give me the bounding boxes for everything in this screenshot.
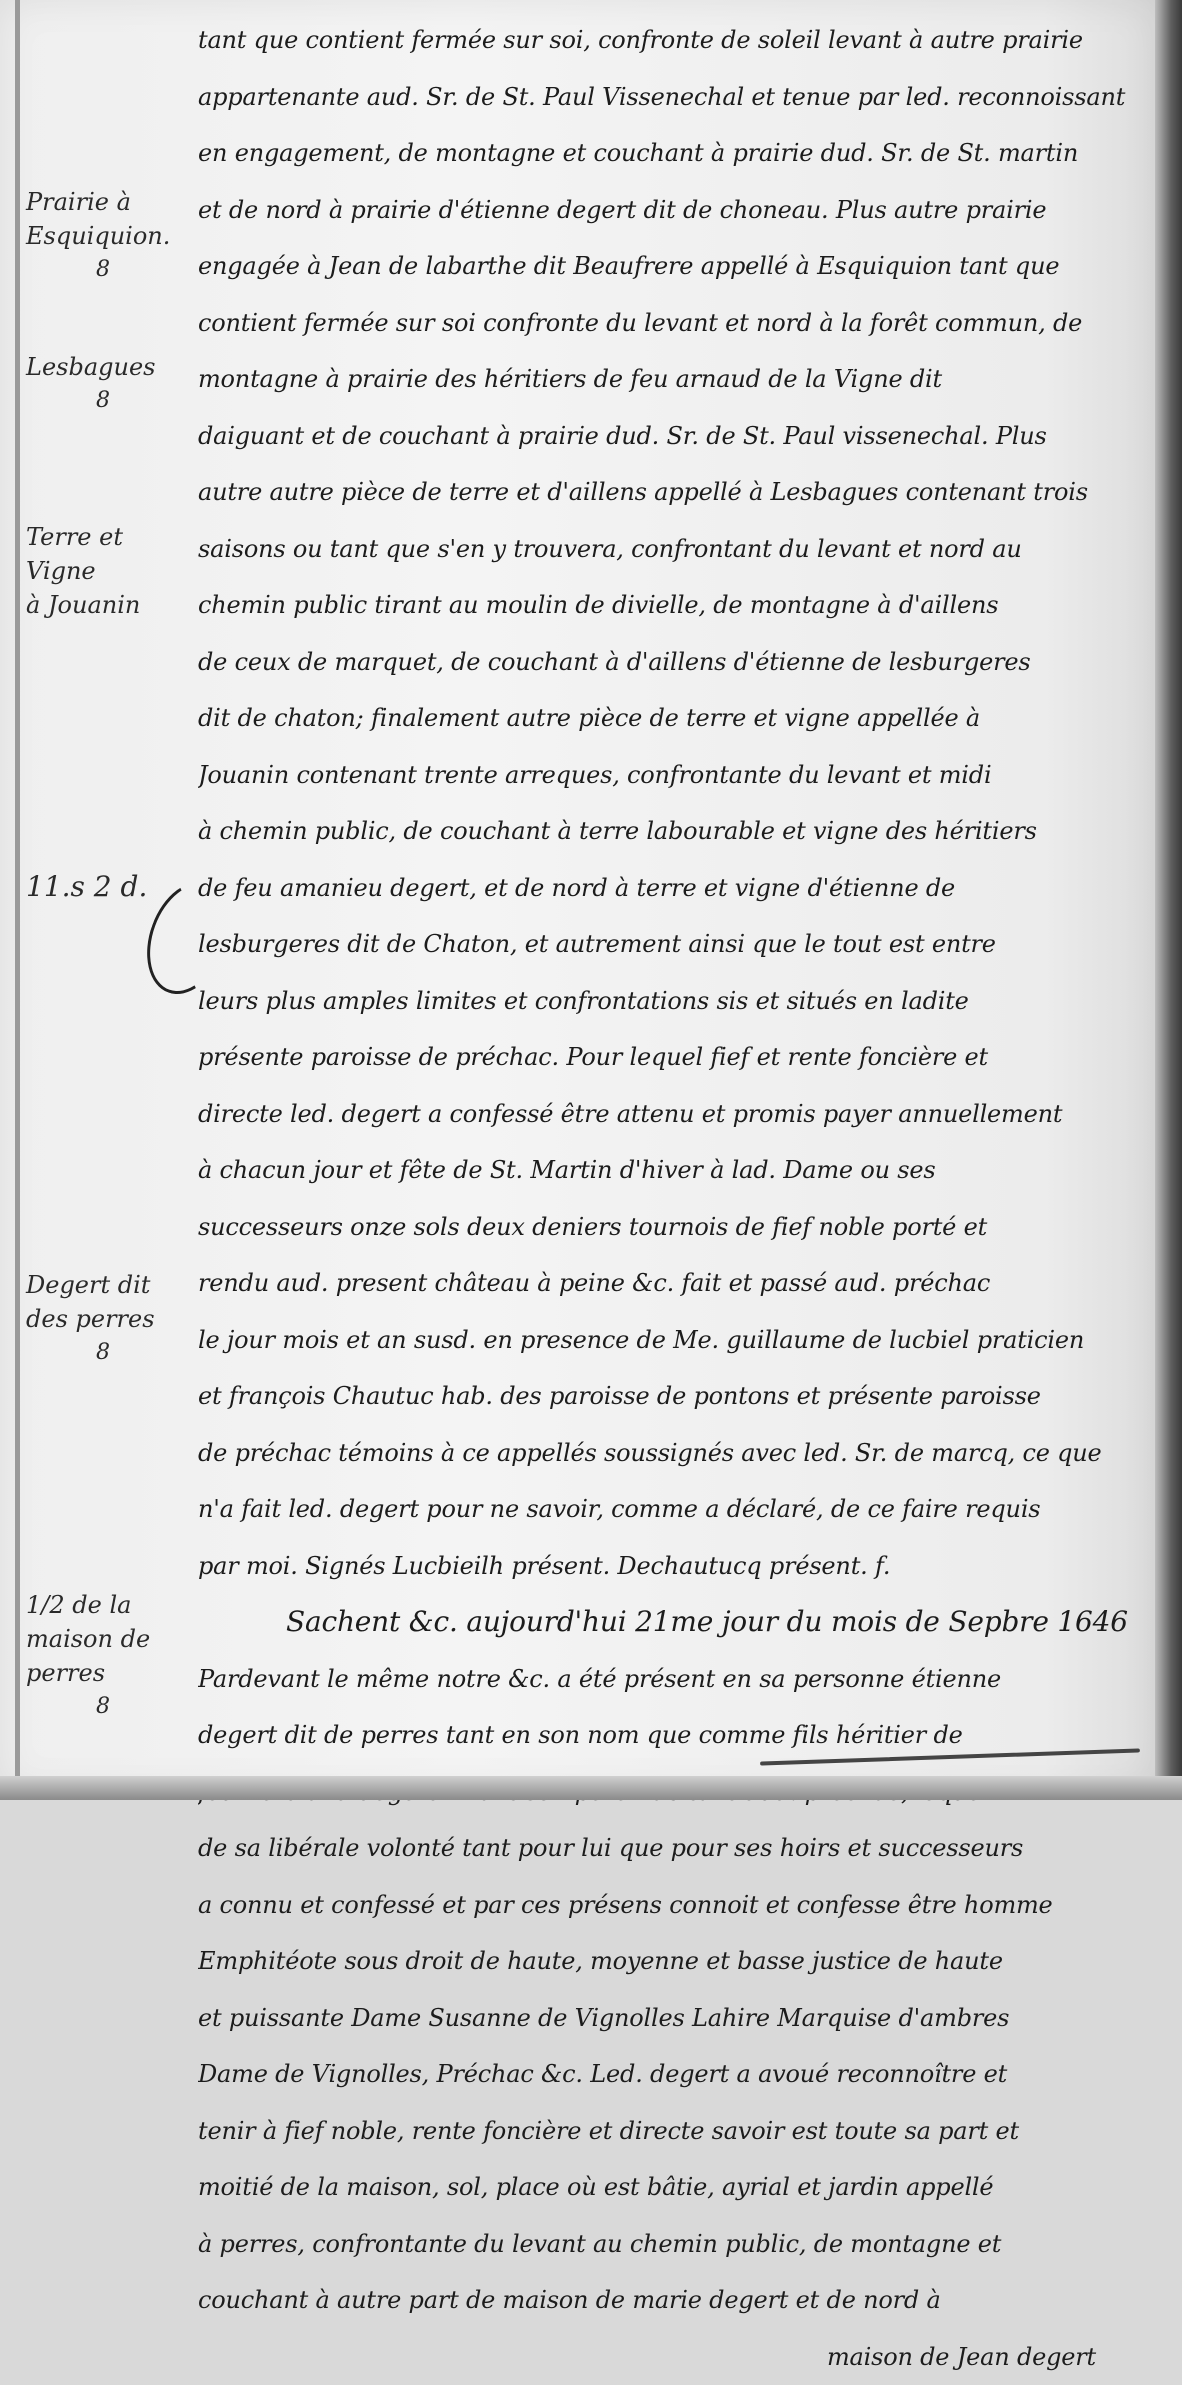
text-line: montagne à prairie des héritiers de feu … — [198, 351, 1136, 408]
text-line: lesburgeres dit de Chaton, et autrement … — [198, 916, 1136, 973]
margin-note-line: 11.s 2 d. — [26, 870, 186, 904]
text-line: le jour mois et an susd. en presence de … — [198, 1312, 1136, 1369]
text-line: daiguant et de couchant à prairie dud. S… — [198, 408, 1136, 465]
margin-note-degert: Degert dit des perres 8 — [26, 1268, 186, 1370]
text-line: de préchac témoins à ce appellés soussig… — [198, 1425, 1136, 1482]
text-line: chemin public tirant au moulin de diviel… — [198, 577, 1136, 634]
text-line: directe led. degert a confessé être atte… — [198, 1086, 1136, 1143]
main-text: tant que contient fermée sur soi, confro… — [198, 12, 1136, 1800]
margin-mark: 8 — [26, 1690, 186, 1724]
text-line: de feu amanieu degert, et de nord à terr… — [198, 860, 1136, 917]
margin-note-line: Degert dit — [26, 1268, 186, 1302]
text-line: et de nord à prairie d'étienne degert di… — [198, 182, 1136, 239]
text-line: appartenante aud. Sr. de St. Paul Vissen… — [198, 69, 1136, 126]
text-line: successeurs onze sols deux deniers tourn… — [198, 1199, 1136, 1256]
margin-note-line: à Jouanin — [26, 588, 186, 622]
text-line: et françois Chautuc hab. des paroisse de… — [198, 1368, 1136, 1425]
margin-note-line: maison de — [26, 1622, 186, 1656]
text-line: à chemin public, de couchant à terre lab… — [198, 803, 1136, 860]
text-line: contient fermée sur soi confronte du lev… — [198, 295, 1136, 352]
margin-mark: 8 — [26, 253, 186, 287]
text-line: par moi. Signés Lucbieilh présent. Decha… — [198, 1538, 1136, 1595]
margin-note-line: Terre et Vigne — [26, 520, 186, 588]
margin-note-cens: 11.s 2 d. — [26, 870, 186, 904]
text-line: Jouanin contenant trente arreques, confr… — [198, 747, 1136, 804]
margin-note-prairie: Prairie à Esquiquion. 8 — [26, 185, 186, 287]
margin-note-line: 1/2 de la — [26, 1588, 186, 1622]
margin-mark: 8 — [26, 1336, 186, 1370]
page-bottom-edge — [0, 1776, 1182, 1800]
text-line: n'a fait led. degert pour ne savoir, com… — [198, 1481, 1136, 1538]
margin-rule — [15, 0, 20, 1780]
text-line: autre autre pièce de terre et d'aillens … — [198, 464, 1136, 521]
margin-note-line: Lesbagues — [26, 350, 186, 384]
margin-mark: 8 — [26, 384, 186, 418]
text-line: présente paroisse de préchac. Pour leque… — [198, 1029, 1136, 1086]
margin-note-terre-vigne: Terre et Vigne à Jouanin — [26, 520, 186, 622]
page-edge-shadow — [1155, 0, 1182, 1800]
text-line: à chacun jour et fête de St. Martin d'hi… — [198, 1142, 1136, 1199]
margin-note-line: perres — [26, 1656, 186, 1690]
margin-note-line: Prairie à — [26, 185, 186, 219]
margin-note-line: des perres — [26, 1302, 186, 1336]
text-line: Pardevant le même notre &c. a été présen… — [198, 1651, 1136, 1708]
text-line: dit de chaton; finalement autre pièce de… — [198, 690, 1136, 747]
margin-note-line: Esquiquion. — [26, 219, 186, 253]
manuscript-page: Prairie à Esquiquion. 8 Lesbagues 8 Terr… — [0, 0, 1160, 1790]
act-heading: Sachent &c. aujourd'hui 21me jour du moi… — [198, 1594, 1136, 1651]
text-line: de ceux de marquet, de couchant à d'aill… — [198, 634, 1136, 691]
margin-note-maison: 1/2 de la maison de perres 8 — [26, 1588, 186, 1724]
text-line: saisons ou tant que s'en y trouvera, con… — [198, 521, 1136, 578]
text-line: tant que contient fermée sur soi, confro… — [198, 12, 1136, 69]
text-line: rendu aud. present château à peine &c. f… — [198, 1255, 1136, 1312]
text-line: engagée à Jean de labarthe dit Beaufrere… — [198, 238, 1136, 295]
text-line: en engagement, de montagne et couchant à… — [198, 125, 1136, 182]
text-line: leurs plus amples limites et confrontati… — [198, 973, 1136, 1030]
margin-note-lesbagues: Lesbagues 8 — [26, 350, 186, 418]
